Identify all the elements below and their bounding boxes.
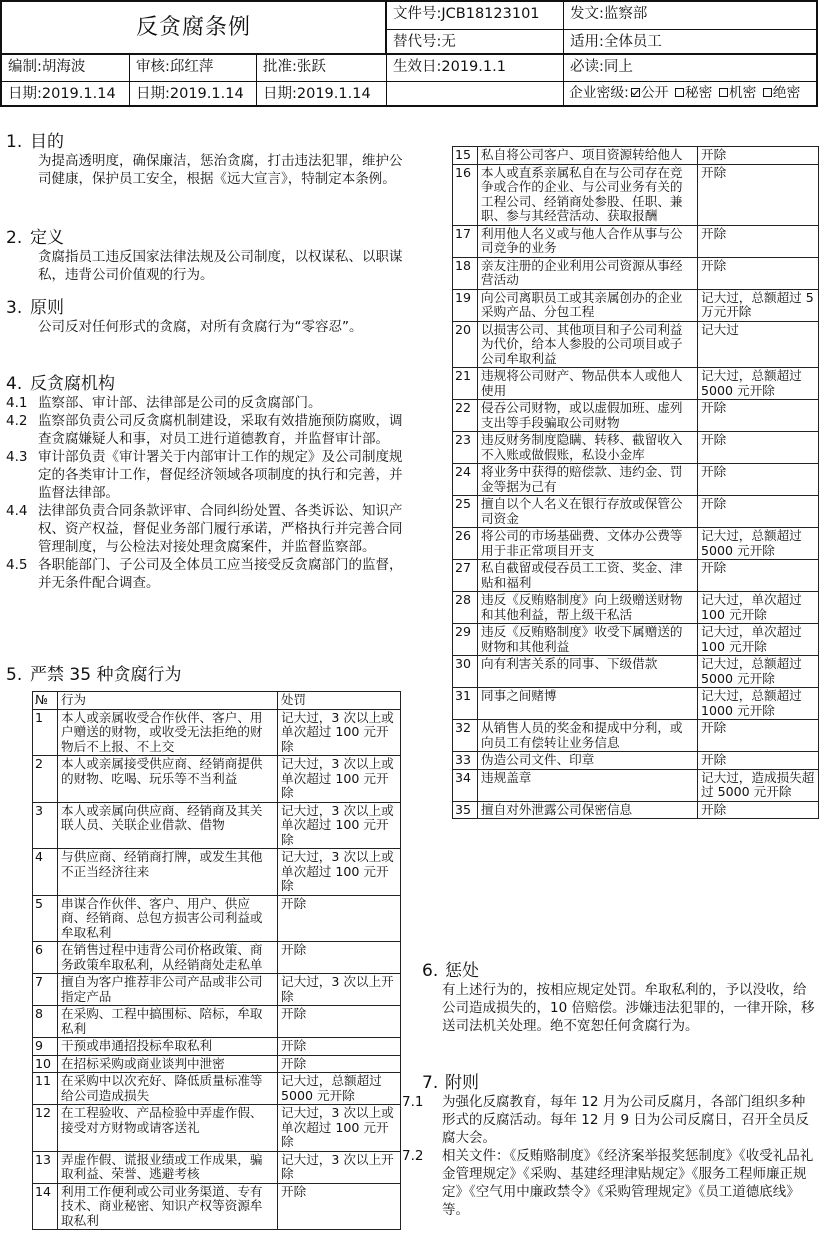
table-row: 9干预或串通招投标牟取私利开除 bbox=[33, 1038, 401, 1056]
document-title: 反贪腐条例 bbox=[2, 2, 387, 55]
prohibited-behaviors-table-part1: № 行为 处罚 1本人或亲属收受合作伙伴、客户、用户赠送的财物，或收受无法拒绝的… bbox=[32, 691, 401, 1230]
subsection: 4.4法律部负责合同条款评审、合同纠纷处置、各类诉讼、知识产权、资产权益，督促业… bbox=[6, 502, 411, 556]
editor: 编制:胡海波 bbox=[2, 55, 130, 82]
cell-behavior: 私自截留或侵吞员工工资、奖金、津贴和福利 bbox=[478, 560, 698, 592]
table-row: 29违反《反贿赂制度》收受下属赠送的财物和其他利益记大过，单次超过 100 元开… bbox=[453, 624, 819, 656]
column-header-no: № bbox=[33, 692, 58, 710]
cell-penalty: 开除 bbox=[698, 464, 819, 496]
cell-number: 10 bbox=[33, 1055, 58, 1073]
section-title: 反贪腐机构 bbox=[30, 374, 115, 394]
cell-behavior: 亲友注册的企业利用公司资源从事经营活动 bbox=[478, 257, 698, 289]
subsection-text: 审计部负责《审计署关于内部审计工作的规定》及公司制度规定的各类审计工作，督促经济… bbox=[38, 449, 403, 501]
table-row: 15私自将公司客户、项目资源转给他人开除 bbox=[453, 147, 819, 165]
cell-penalty: 开除 bbox=[698, 560, 819, 592]
cell-behavior: 串谋合作伙伴、客户、用户、供应商、经销商、总包方损害公司利益或牟取私利 bbox=[58, 895, 278, 942]
section-supplementary: 7.附则 7.1为强化反腐教育，每年 12 月为公司反腐月，各部门组织多种形式的… bbox=[422, 1073, 816, 1219]
cell-penalty: 开除 bbox=[278, 1183, 401, 1230]
table-row: 22侵吞公司财物，或以虚假加班、虚列支出等手段骗取公司财物开除 bbox=[453, 400, 819, 432]
cell-penalty: 记大过，总额超过 1000 元开除 bbox=[698, 688, 819, 720]
cell-penalty: 记大过，单次超过 100 元开除 bbox=[698, 592, 819, 624]
must-read: 必读:同上 bbox=[564, 55, 818, 82]
cell-penalty: 开除 bbox=[278, 1038, 401, 1056]
section-number: 6. bbox=[422, 961, 445, 981]
cell-penalty: 记大过，3 次以上或单次超过 100 元开除 bbox=[278, 1105, 401, 1152]
cell-number: 32 bbox=[453, 720, 478, 752]
cell-penalty: 记大过，3 次以上或单次超过 100 元开除 bbox=[278, 756, 401, 803]
cell-behavior: 擅自以个人名义在银行存放或保管公司资金 bbox=[478, 496, 698, 528]
checkbox-unchecked-icon[interactable] bbox=[763, 88, 772, 97]
subsection-text: 各职能部门、子公司及全体员工应当接受反贪腐部门的监督，并无条件配合调查。 bbox=[38, 557, 403, 591]
cell-penalty: 记大过，总额超过 5000 元开除 bbox=[278, 1073, 401, 1105]
cell-penalty: 记大过，总额超过 5000 元开除 bbox=[698, 656, 819, 688]
cell-penalty: 开除 bbox=[278, 895, 401, 942]
section-number: 7. bbox=[422, 1073, 445, 1093]
cell-number: 34 bbox=[453, 769, 478, 801]
section-punishment: 6.惩处 有上述行为的，按相应规定处罚。牟取私利的，予以没收，给公司造成损失的，… bbox=[422, 961, 816, 1035]
subsection: 4.5各职能部门、子公司及全体员工应当接受反贪腐部门的监督，并无条件配合调查。 bbox=[6, 556, 411, 592]
section-title: 惩处 bbox=[445, 961, 479, 981]
section-body: 有上述行为的，按相应规定处罚。牟取私利的，予以没收，给公司造成损失的，10 倍赔… bbox=[442, 981, 816, 1035]
table-row: 6在销售过程中违背公司价格政策、商务政策牟取私利，从经销商处走私单开除 bbox=[33, 942, 401, 974]
cell-number: 26 bbox=[453, 528, 478, 560]
table-row: 12在工程验收、产品检验中弄虚作假、接受对方财物或请客送礼记大过，3 次以上或单… bbox=[33, 1105, 401, 1152]
cell-behavior: 本人或亲属收受合作伙伴、客户、用户赠送的财物，或收受无法拒绝的财物后不上报、不上… bbox=[58, 709, 278, 756]
section-number: 2. bbox=[6, 228, 30, 248]
cell-number: 29 bbox=[453, 624, 478, 656]
cell-behavior: 在销售过程中违背公司价格政策、商务政策牟取私利，从经销商处走私单 bbox=[58, 942, 278, 974]
subsection-number: 4.3 bbox=[6, 448, 27, 466]
cell-number: 17 bbox=[453, 225, 478, 257]
cell-penalty: 记大过，总额超过 5000 元开除 bbox=[698, 528, 819, 560]
column-header-penalty: 处罚 bbox=[278, 692, 401, 710]
cell-behavior: 与供应商、经销商打牌，或发生其他不正当经济往来 bbox=[58, 849, 278, 896]
cell-behavior: 弄虚作假、谎报业绩或工作成果，骗取利益、荣誉、逃避考核 bbox=[58, 1151, 278, 1183]
table-row: 13弄虚作假、谎报业绩或工作成果，骗取利益、荣誉、逃避考核记大过，3 次以上开除 bbox=[33, 1151, 401, 1183]
secrecy-option-confidential: 机密 bbox=[729, 85, 757, 101]
cell-behavior: 本人或直系亲属私自在与公司存在竞争或合作的企业、与公司业务有关的工程公司、经销商… bbox=[478, 164, 698, 225]
subsection-number: 4.2 bbox=[6, 412, 27, 430]
subsection-number: 7.2 bbox=[402, 1147, 423, 1165]
secrecy-option-public: 公开 bbox=[641, 85, 669, 101]
table-row: 4与供应商、经销商打牌，或发生其他不正当经济往来记大过，3 次以上或单次超过 1… bbox=[33, 849, 401, 896]
cell-number: 30 bbox=[453, 656, 478, 688]
subsection: 4.2监察部负责公司反贪腐机制建设，采取有效措施预防腐败，调查贪腐嫌疑人和事，对… bbox=[6, 412, 411, 448]
subsection: 4.3审计部负责《审计署关于内部审计工作的规定》及公司制度规定的各类审计工作，督… bbox=[6, 448, 411, 502]
cell-penalty: 开除 bbox=[698, 496, 819, 528]
table-row: 30向有利害关系的同事、下级借款记大过，总额超过 5000 元开除 bbox=[453, 656, 819, 688]
cell-number: 2 bbox=[33, 756, 58, 803]
table-row: 3本人或亲属向供应商、经销商及其关联人员、关联企业借款、借物记大过，3 次以上或… bbox=[33, 802, 401, 849]
cell-penalty: 记大过，3 次以上或单次超过 100 元开除 bbox=[278, 802, 401, 849]
cell-number: 18 bbox=[453, 257, 478, 289]
cell-behavior: 利用工作便利或公司业务渠道、专有技术、商业秘密、知识产权等资源牟取私利 bbox=[58, 1183, 278, 1230]
table-row: 16本人或直系亲属私自在与公司存在竞争或合作的企业、与公司业务有关的工程公司、经… bbox=[453, 164, 819, 225]
table-row: 34违规盖章记大过，造成损失超过 5000 元开除 bbox=[453, 769, 819, 801]
cell-penalty: 记大过，3 次以上开除 bbox=[278, 1151, 401, 1183]
section-principle: 3.原则 公司反对任何形式的贪腐，对所有贪腐行为“零容忍”。 bbox=[6, 298, 411, 336]
cell-number: 31 bbox=[453, 688, 478, 720]
cell-number: 24 bbox=[453, 464, 478, 496]
cell-behavior: 违反《反贿赂制度》收受下属赠送的财物和其他利益 bbox=[478, 624, 698, 656]
cell-penalty: 记大过 bbox=[698, 321, 819, 368]
cell-penalty: 开除 bbox=[698, 225, 819, 257]
cell-penalty: 记大过，造成损失超过 5000 元开除 bbox=[698, 769, 819, 801]
cell-number: 16 bbox=[453, 164, 478, 225]
table-row: 28违反《反贿赂制度》向上级赠送财物和其他利益，帮上级干私活记大过，单次超过 1… bbox=[453, 592, 819, 624]
cell-number: 27 bbox=[453, 560, 478, 592]
secrecy-option-top-secret: 绝密 bbox=[773, 85, 801, 101]
cell-penalty: 开除 bbox=[698, 164, 819, 225]
issued-by: 发文:监察部 bbox=[564, 2, 818, 30]
cell-number: 6 bbox=[33, 942, 58, 974]
cell-number: 28 bbox=[453, 592, 478, 624]
subsection-number: 4.4 bbox=[6, 502, 27, 520]
subsection: 7.1为强化反腐教育，每年 12 月为公司反腐月，各部门组织多种形式的反腐活动。… bbox=[422, 1093, 816, 1147]
cell-penalty: 开除 bbox=[698, 257, 819, 289]
cell-number: 19 bbox=[453, 289, 478, 321]
section-number: 1. bbox=[6, 132, 30, 152]
section-body: 公司反对任何形式的贪腐，对所有贪腐行为“零容忍”。 bbox=[38, 318, 411, 336]
cell-number: 11 bbox=[33, 1073, 58, 1105]
cell-behavior: 违反《反贿赂制度》向上级赠送财物和其他利益，帮上级干私活 bbox=[478, 592, 698, 624]
table-row: 24将业务中获得的赔偿款、违约金、罚金等据为己有开除 bbox=[453, 464, 819, 496]
editor-date: 日期:2019.1.14 bbox=[2, 82, 130, 107]
file-number: 文件号:JCB18123101 bbox=[387, 2, 564, 30]
cell-number: 21 bbox=[453, 368, 478, 400]
secrecy-label: 企业密级: bbox=[569, 85, 629, 101]
empty-cell bbox=[387, 82, 564, 107]
checkbox-checked-icon[interactable] bbox=[631, 88, 640, 97]
cell-number: 9 bbox=[33, 1038, 58, 1056]
approver-date: 日期:2019.1.14 bbox=[257, 82, 387, 107]
column-header-behavior: 行为 bbox=[58, 692, 278, 710]
section-prohibited-behaviors: 5.严禁 35 种贪腐行为 bbox=[6, 665, 411, 685]
replacement-number: 替代号:无 bbox=[387, 30, 564, 55]
table-row: 14利用工作便利或公司业务渠道、专有技术、商业秘密、知识产权等资源牟取私利开除 bbox=[33, 1183, 401, 1230]
cell-number: 20 bbox=[453, 321, 478, 368]
approver: 批准:张跃 bbox=[257, 55, 387, 82]
section-body: 为提高透明度，确保廉洁，惩治贪腐，打击违法犯罪，维护公司健康，保护员工安全，根据… bbox=[38, 152, 411, 188]
cell-number: 12 bbox=[33, 1105, 58, 1152]
cell-behavior: 私自将公司客户、项目资源转给他人 bbox=[478, 147, 698, 165]
cell-number: 1 bbox=[33, 709, 58, 756]
cell-behavior: 违规将公司财产、物品供本人或他人使用 bbox=[478, 368, 698, 400]
table-row: 20以损害公司、其他项目和子公司利益为代价，给本人参股的公司项目或子公司牟取利益… bbox=[453, 321, 819, 368]
cell-behavior: 违规盖章 bbox=[478, 769, 698, 801]
cell-behavior: 从销售人员的奖金和提成中分利，或向员工有偿转让业务信息 bbox=[478, 720, 698, 752]
cell-number: 14 bbox=[33, 1183, 58, 1230]
cell-behavior: 将公司的市场基础费、文体办公费等用于非正常项目开支 bbox=[478, 528, 698, 560]
secrecy-level: 企业密级:公开 秘密 机密 绝密 bbox=[564, 82, 818, 107]
table-row: 35擅自对外泄露公司保密信息开除 bbox=[453, 801, 819, 819]
subsection-text: 监察部、审计部、法律部是公司的反贪腐部门。 bbox=[38, 395, 322, 411]
cell-penalty: 开除 bbox=[698, 400, 819, 432]
table-row: 19向公司离职员工或其亲属创办的企业采购产品、分包工程记大过，总额超过 5 万元… bbox=[453, 289, 819, 321]
cell-number: 25 bbox=[453, 496, 478, 528]
subsection: 7.2相关文件：《反贿赂制度》《经济案举报奖惩制度》《收受礼品礼金管理规定》《采… bbox=[422, 1147, 816, 1219]
cell-penalty: 开除 bbox=[698, 720, 819, 752]
section-title: 定义 bbox=[30, 228, 64, 248]
cell-behavior: 本人或亲属接受供应商、经销商提供的财物、吃喝、玩乐等不当利益 bbox=[58, 756, 278, 803]
cell-penalty: 记大过，3 次以上开除 bbox=[278, 974, 401, 1006]
prohibited-behaviors-table-part2: 15私自将公司客户、项目资源转给他人开除16本人或直系亲属私自在与公司存在竞争或… bbox=[452, 146, 819, 819]
cell-penalty: 开除 bbox=[698, 147, 819, 165]
cell-behavior: 在采购、工程中搞围标、陪标，牟取私利 bbox=[58, 1006, 278, 1038]
subsection-number: 7.1 bbox=[402, 1093, 423, 1111]
cell-behavior: 擅自对外泄露公司保密信息 bbox=[478, 801, 698, 819]
section-purpose: 1.目的 为提高透明度，确保廉洁，惩治贪腐，打击违法犯罪，维护公司健康，保护员工… bbox=[6, 132, 411, 188]
cell-number: 13 bbox=[33, 1151, 58, 1183]
section-title: 严禁 35 种贪腐行为 bbox=[30, 665, 181, 685]
cell-number: 15 bbox=[453, 147, 478, 165]
cell-number: 4 bbox=[33, 849, 58, 896]
cell-behavior: 在招标采购或商业谈判中泄密 bbox=[58, 1055, 278, 1073]
table-row: 7擅自为客户推荐非公司产品或非公司指定产品记大过，3 次以上开除 bbox=[33, 974, 401, 1006]
table-row: 21违规将公司财产、物品供本人或他人使用记大过，总额超过 5000 元开除 bbox=[453, 368, 819, 400]
table-row: 23违反财务制度隐瞒、转移、截留收入不入账或做假账，私设小金库开除 bbox=[453, 432, 819, 464]
cell-penalty: 开除 bbox=[698, 801, 819, 819]
section-title: 原则 bbox=[30, 298, 64, 318]
cell-behavior: 本人或亲属向供应商、经销商及其关联人员、关联企业借款、借物 bbox=[58, 802, 278, 849]
table-row: 17利用他人名义或与他人合作从事与公司竞争的业务开除 bbox=[453, 225, 819, 257]
cell-number: 8 bbox=[33, 1006, 58, 1038]
subsection-text: 为强化反腐教育，每年 12 月为公司反腐月，各部门组织多种形式的反腐活动。每年 … bbox=[442, 1094, 809, 1146]
cell-number: 7 bbox=[33, 974, 58, 1006]
cell-penalty: 开除 bbox=[278, 1006, 401, 1038]
table-row: 10在招标采购或商业谈判中泄密开除 bbox=[33, 1055, 401, 1073]
cell-number: 22 bbox=[453, 400, 478, 432]
cell-behavior: 向有利害关系的同事、下级借款 bbox=[478, 656, 698, 688]
cell-penalty: 记大过，单次超过 100 元开除 bbox=[698, 624, 819, 656]
table-row: 25擅自以个人名义在银行存放或保管公司资金开除 bbox=[453, 496, 819, 528]
cell-behavior: 在采购中以次充好、降低质量标准等给公司造成损失 bbox=[58, 1073, 278, 1105]
document-header-table: 反贪腐条例 文件号:JCB18123101 发文:监察部 替代号:无 适用:全体… bbox=[0, 0, 818, 107]
subsection-number: 4.1 bbox=[6, 394, 27, 412]
cell-behavior: 干预或串通招投标牟取私利 bbox=[58, 1038, 278, 1056]
section-body: 贪腐指员工违反国家法律法规及公司制度，以权谋私、以职谋私，违背公司价值观的行为。 bbox=[38, 248, 411, 284]
section-number: 4. bbox=[6, 374, 30, 394]
effective-date: 生效日:2019.1.1 bbox=[387, 55, 564, 82]
section-number: 3. bbox=[6, 298, 30, 318]
table-row: 2本人或亲属接受供应商、经销商提供的财物、吃喝、玩乐等不当利益记大过，3 次以上… bbox=[33, 756, 401, 803]
cell-penalty: 记大过，总额超过 5 万元开除 bbox=[698, 289, 819, 321]
cell-number: 33 bbox=[453, 752, 478, 770]
cell-number: 5 bbox=[33, 895, 58, 942]
cell-penalty: 开除 bbox=[698, 752, 819, 770]
reviewer: 审核:邱红萍 bbox=[130, 55, 257, 82]
applies-to: 适用:全体员工 bbox=[564, 30, 818, 55]
cell-behavior: 侵吞公司财物，或以虚假加班、虚列支出等手段骗取公司财物 bbox=[478, 400, 698, 432]
table-row: 18亲友注册的企业利用公司资源从事经营活动开除 bbox=[453, 257, 819, 289]
cell-behavior: 利用他人名义或与他人合作从事与公司竞争的业务 bbox=[478, 225, 698, 257]
cell-number: 3 bbox=[33, 802, 58, 849]
section-definition: 2.定义 贪腐指员工违反国家法律法规及公司制度，以权谋私、以职谋私，违背公司价值… bbox=[6, 228, 411, 284]
cell-behavior: 向公司离职员工或其亲属创办的企业采购产品、分包工程 bbox=[478, 289, 698, 321]
cell-behavior: 在工程验收、产品检验中弄虚作假、接受对方财物或请客送礼 bbox=[58, 1105, 278, 1152]
cell-penalty: 开除 bbox=[698, 432, 819, 464]
cell-penalty: 记大过，总额超过 5000 元开除 bbox=[698, 368, 819, 400]
checkbox-unchecked-icon[interactable] bbox=[719, 88, 728, 97]
table-row: 31同事之间赌博记大过，总额超过 1000 元开除 bbox=[453, 688, 819, 720]
section-anti-corruption-bodies: 4.反贪腐机构 4.1监察部、审计部、法律部是公司的反贪腐部门。 4.2监察部负… bbox=[6, 374, 411, 592]
cell-number: 35 bbox=[453, 801, 478, 819]
cell-behavior: 伪造公司文件、印章 bbox=[478, 752, 698, 770]
table-row: 5串谋合作伙伴、客户、用户、供应商、经销商、总包方损害公司利益或牟取私利开除 bbox=[33, 895, 401, 942]
subsection: 4.1监察部、审计部、法律部是公司的反贪腐部门。 bbox=[6, 394, 411, 412]
cell-penalty: 记大过，3 次以上或单次超过 100 元开除 bbox=[278, 849, 401, 896]
section-title: 目的 bbox=[30, 132, 64, 152]
table-row: 1本人或亲属收受合作伙伴、客户、用户赠送的财物，或收受无法拒绝的财物后不上报、不… bbox=[33, 709, 401, 756]
cell-behavior: 将业务中获得的赔偿款、违约金、罚金等据为己有 bbox=[478, 464, 698, 496]
subsection-text: 相关文件：《反贿赂制度》《经济案举报奖惩制度》《收受礼品礼金管理规定》《采购、基… bbox=[442, 1148, 813, 1218]
secrecy-option-secret: 秘密 bbox=[685, 85, 713, 101]
table-row: 33伪造公司文件、印章开除 bbox=[453, 752, 819, 770]
table-row: 32从销售人员的奖金和提成中分利，或向员工有偿转让业务信息开除 bbox=[453, 720, 819, 752]
subsection-text: 监察部负责公司反贪腐机制建设，采取有效措施预防腐败，调查贪腐嫌疑人和事，对员工进… bbox=[38, 413, 403, 447]
table-row: 11在采购中以次充好、降低质量标准等给公司造成损失记大过，总额超过 5000 元… bbox=[33, 1073, 401, 1105]
table-header-row: № 行为 处罚 bbox=[33, 692, 401, 710]
cell-behavior: 违反财务制度隐瞒、转移、截留收入不入账或做假账，私设小金库 bbox=[478, 432, 698, 464]
table-row: 26将公司的市场基础费、文体办公费等用于非正常项目开支记大过，总额超过 5000… bbox=[453, 528, 819, 560]
cell-behavior: 同事之间赌博 bbox=[478, 688, 698, 720]
subsection-text: 法律部负责合同条款评审、合同纠纷处置、各类诉讼、知识产权、资产权益，督促业务部门… bbox=[38, 503, 403, 555]
cell-penalty: 开除 bbox=[278, 1055, 401, 1073]
cell-number: 23 bbox=[453, 432, 478, 464]
checkbox-unchecked-icon[interactable] bbox=[675, 88, 684, 97]
table-row: 8在采购、工程中搞围标、陪标，牟取私利开除 bbox=[33, 1006, 401, 1038]
cell-penalty: 记大过，3 次以上或单次超过 100 元开除 bbox=[278, 709, 401, 756]
cell-behavior: 以损害公司、其他项目和子公司利益为代价，给本人参股的公司项目或子公司牟取利益 bbox=[478, 321, 698, 368]
cell-behavior: 擅自为客户推荐非公司产品或非公司指定产品 bbox=[58, 974, 278, 1006]
subsection-number: 4.5 bbox=[6, 556, 27, 574]
table-row: 27私自截留或侵吞员工工资、奖金、津贴和福利开除 bbox=[453, 560, 819, 592]
section-number: 5. bbox=[6, 665, 30, 685]
cell-penalty: 开除 bbox=[278, 942, 401, 974]
reviewer-date: 日期:2019.1.14 bbox=[130, 82, 257, 107]
section-title: 附则 bbox=[445, 1073, 479, 1093]
